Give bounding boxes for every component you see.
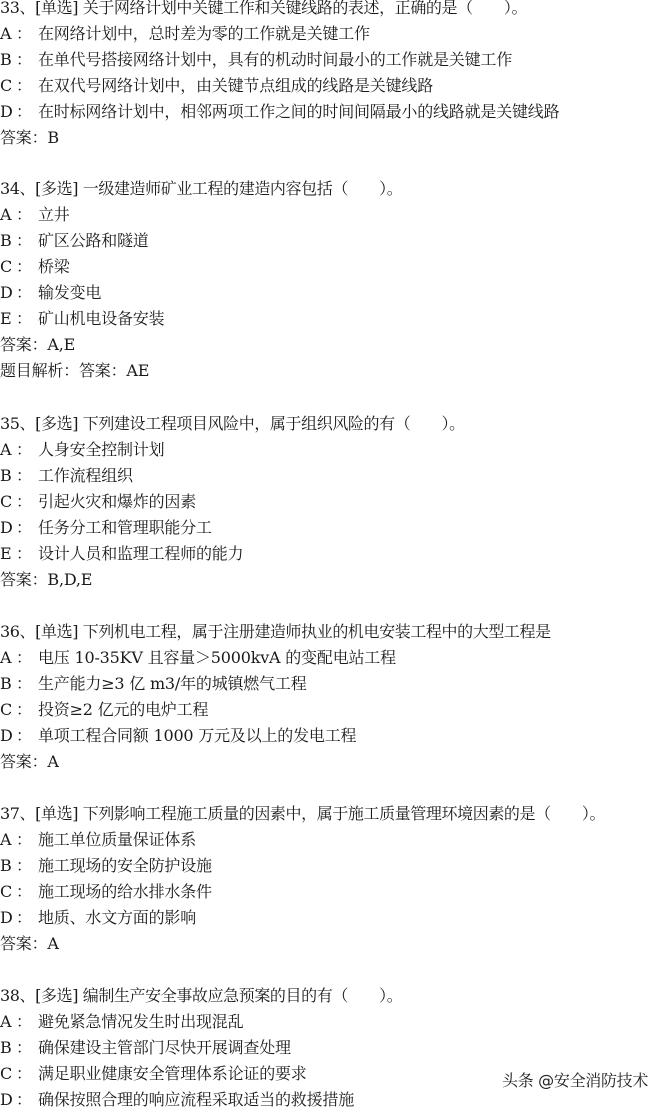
option-c: C：施工现场的给水排水条件 (0, 879, 672, 905)
option-b: B：在单代号搭接网络计划中，具有的机动时间最小的工作就是关键工作 (0, 47, 672, 73)
option-c: C：在双代号网络计划中，由关键节点组成的线路是关键线路 (0, 73, 672, 99)
option-a: A：避免紧急情况发生时出现混乱 (0, 1009, 672, 1035)
answer-analysis: 题目解析：答案：AE (0, 358, 672, 384)
question-36: 36、[单选] 下列机电工程，属于注册建造师执业的机电安装工程中的大型工程是 A… (0, 619, 672, 775)
watermark: 头条 @安全消防技术 (502, 1068, 648, 1091)
question-stem: 34、[多选] 一级建造师矿业工程的建造内容包括（ ）。 (0, 176, 672, 202)
question-33: 33、[单选] 关于网络计划中关键工作和关键线路的表述，正确的是（ ）。 A：在… (0, 0, 672, 151)
option-b: B：工作流程组织 (0, 463, 672, 489)
option-d: D：地质、水文方面的影响 (0, 905, 672, 931)
option-d: D：输发变电 (0, 280, 672, 306)
option-e: E：设计人员和监理工程师的能力 (0, 541, 672, 567)
question-stem: 36、[单选] 下列机电工程，属于注册建造师执业的机电安装工程中的大型工程是 (0, 619, 672, 645)
option-d: D：在时标网络计划中，相邻两项工作之间的时间间隔最小的线路就是关键线路 (0, 99, 672, 125)
answer: 答案：A (0, 931, 672, 957)
question-stem: 33、[单选] 关于网络计划中关键工作和关键线路的表述，正确的是（ ）。 (0, 0, 672, 21)
option-d: D：任务分工和管理职能分工 (0, 515, 672, 541)
answer: 答案：A (0, 749, 672, 775)
option-b: B：矿区公路和隧道 (0, 228, 672, 254)
option-c: C：桥梁 (0, 254, 672, 280)
option-d: D：单项工程合同额 1000 万元及以上的发电工程 (0, 723, 672, 749)
question-35: 35、[多选] 下列建设工程项目风险中，属于组织风险的有（ ）。 A：人身安全控… (0, 411, 672, 593)
question-stem: 35、[多选] 下列建设工程项目风险中，属于组织风险的有（ ）。 (0, 411, 672, 437)
option-a: A：电压 10-35KV 且容量＞5000kvA 的变配电站工程 (0, 645, 672, 671)
option-e: E：矿山机电设备安装 (0, 306, 672, 332)
question-37: 37、[单选] 下列影响工程施工质量的因素中，属于施工质量管理环境因素的是（ ）… (0, 801, 672, 957)
option-c: C：投资≥2 亿元的电炉工程 (0, 697, 672, 723)
question-stem: 38、[多选] 编制生产安全事故应急预案的目的有（ ）。 (0, 983, 672, 1009)
option-c: C：引起火灾和爆炸的因素 (0, 489, 672, 515)
question-34: 34、[多选] 一级建造师矿业工程的建造内容包括（ ）。 A：立井 B：矿区公路… (0, 176, 672, 384)
option-a: A：人身安全控制计划 (0, 437, 672, 463)
answer: 答案：B (0, 125, 672, 151)
answer: 答案：B,D,E (0, 567, 672, 593)
option-a: A：在网络计划中，总时差为零的工作就是关键工作 (0, 21, 672, 47)
option-a: A：立井 (0, 202, 672, 228)
answer: 答案：A,E (0, 332, 672, 358)
option-b: B：施工现场的安全防护设施 (0, 853, 672, 879)
question-stem: 37、[单选] 下列影响工程施工质量的因素中，属于施工质量管理环境因素的是（ ）… (0, 801, 672, 827)
option-b: B：生产能力≥3 亿 m3/年的城镇燃气工程 (0, 671, 672, 697)
option-b: B：确保建设主管部门尽快开展调查处理 (0, 1035, 672, 1061)
option-a: A：施工单位质量保证体系 (0, 827, 672, 853)
